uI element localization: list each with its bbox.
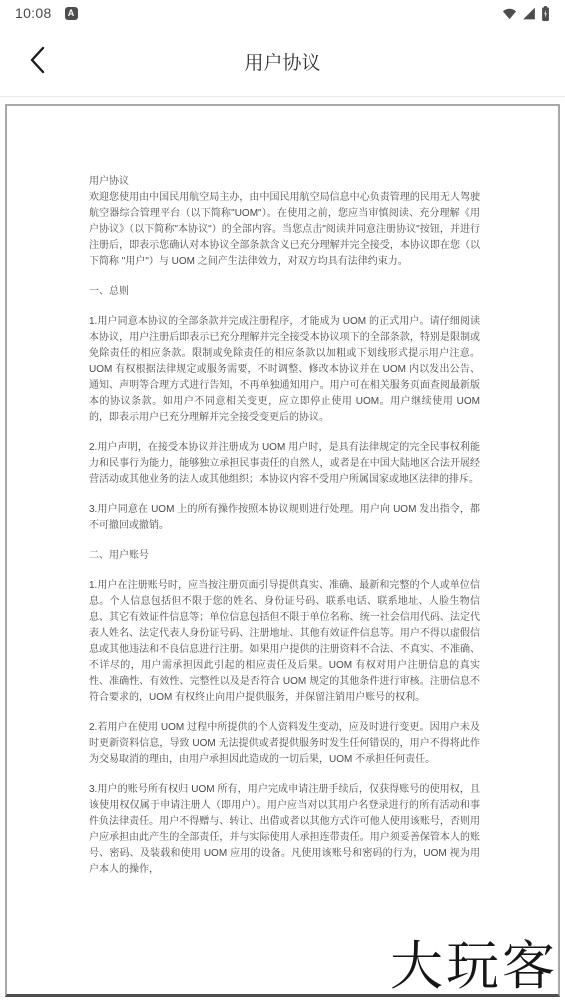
document-body: 用户协议欢迎您使用由中国民用航空局主办，由中国民用航空局信息中心负责管理的民用无…: [7, 106, 558, 878]
status-bar: 10:08 A: [0, 0, 565, 26]
doc-paragraph: 欢迎您使用由中国民用航空局主办，由中国民用航空局信息中心负责管理的民用无人驾驶航…: [89, 190, 480, 270]
doc-paragraph: 3.用户的账号所有权归 UOM 所有，用户完成申请注册手续后，仅获得账号的使用权…: [89, 782, 480, 878]
doc-heading: 二、用户账号: [89, 548, 480, 564]
watermark-text: 大玩客: [390, 924, 558, 997]
status-icons: [502, 6, 550, 21]
doc-paragraph: 1.用户同意本协议的全部条款并完成注册程序，才能成为 UOM 的正式用户。请仔细…: [89, 314, 480, 426]
battery-charging-icon: [541, 6, 550, 21]
wifi-icon: [502, 7, 517, 20]
page-title: 用户协议: [0, 48, 565, 75]
doc-title: 用户协议: [89, 174, 480, 190]
cellular-signal-icon: [522, 7, 536, 20]
doc-paragraph: 3.用户同意在 UOM 上的所有操作按照本协议规则进行处理。用户向 UOM 发出…: [89, 502, 480, 534]
doc-heading: 一、总则: [89, 284, 480, 300]
back-button[interactable]: [20, 43, 56, 79]
app-header: 用户协议: [0, 26, 565, 97]
status-time: 10:08: [15, 5, 52, 21]
hd-auto-badge-icon: A: [65, 7, 78, 20]
doc-paragraph: 2.用户声明，在接受本协议并注册成为 UOM 用户时，是具有法律规定的完全民事权…: [89, 440, 480, 488]
doc-paragraph: 2.若用户在使用 UOM 过程中所提供的个人资料发生变动，应及时进行变更。因用户…: [89, 720, 480, 768]
chevron-left-icon: [29, 46, 47, 77]
agreement-document-page[interactable]: 用户协议欢迎您使用由中国民用航空局主办，由中国民用航空局信息中心负责管理的民用无…: [5, 104, 560, 997]
doc-paragraph: 1.用户在注册账号时，应当按注册页面引导提供真实、准确、最新和完整的个人或单位信…: [89, 578, 480, 706]
screen: { "status_bar": { "time": "10:08", "hd_b…: [0, 0, 565, 1004]
